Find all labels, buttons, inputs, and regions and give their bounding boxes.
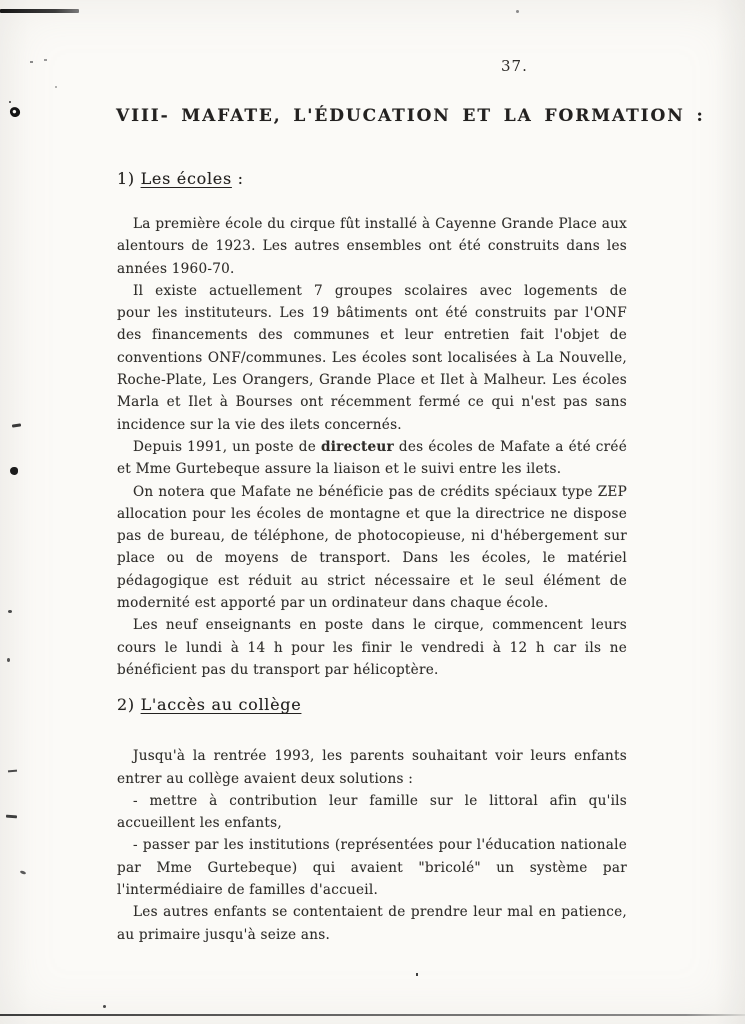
- text-segment: On notera que Mafate ne bénéficie pas de…: [117, 484, 627, 503]
- scan-margin-mark: [8, 770, 17, 773]
- scan-speck: [20, 870, 27, 875]
- text-line: Il existe actuellement 7 groupes scolair…: [117, 280, 627, 302]
- paragraph: La première école du cirque fût installé…: [117, 213, 627, 280]
- text-line: pour les instituteurs. Les 19 bâtiments …: [117, 302, 627, 324]
- text-line: alentours de 1923. Les autres ensembles …: [117, 235, 627, 257]
- text-segment: cours le lundi à 14 h pour les finir le …: [117, 640, 627, 656]
- text-line: incidence sur la vie des ilets concernés…: [117, 414, 627, 436]
- text-segment: La première école du cirque fût installé…: [133, 216, 627, 232]
- text-line: l'intermédiaire de familles d'accueil.: [117, 879, 627, 901]
- text-line: au primaire jusqu'à seize ans.: [117, 924, 627, 946]
- text-segment: pour les instituteurs. Les 19 bâtiments …: [117, 305, 627, 324]
- text-segment: Marla et Ilet à Bourses ont récemment fe…: [117, 394, 627, 410]
- paragraph: Les neuf enseignants en poste dans le ci…: [117, 614, 627, 681]
- text-line: années 1960-70.: [117, 258, 627, 280]
- scan-artifact-top-bar: [0, 9, 79, 13]
- scan-speck: [55, 86, 57, 88]
- text-segment: des écoles de Mafate a été créé: [394, 439, 627, 455]
- text-segment: pas de bureau, de téléphone, de photocop…: [117, 528, 627, 544]
- text-line: conventions ONF/communes. Les écoles son…: [117, 347, 627, 369]
- document-section: 1) Les écoles :La première école du cirq…: [117, 167, 627, 681]
- text-segment: incidence sur la vie des ilets concernés…: [117, 417, 402, 433]
- text-line: pédagogique est réduit au strict nécessa…: [117, 570, 627, 592]
- text-line: par Mme Gurtebeque) qui avaient "bricolé…: [117, 857, 627, 879]
- heading-title: L'accès au collège: [141, 695, 302, 714]
- text-segment: place ou de moyens de transport. Dans le…: [117, 550, 627, 566]
- text-line: entrer au collège avaient deux solutions…: [117, 768, 627, 790]
- text-segment: années 1960-70.: [117, 261, 235, 277]
- text-line: Jusqu'à la rentrée 1993, les parents sou…: [117, 745, 627, 767]
- paragraph: Les autres enfants se contentaient de pr…: [117, 901, 627, 946]
- text-segment: alentours de 1923. Les autres ensembles …: [117, 238, 627, 254]
- paragraph: Depuis 1991, un poste de directeur des é…: [117, 436, 627, 481]
- document-section: 2) L'accès au collègeJusqu'à la rentrée …: [117, 693, 627, 946]
- document-title: VIII- MAFATE, L'ÉDUCATION ET LA FORMATIO…: [116, 106, 705, 126]
- paragraph: On notera que Mafate ne bénéficie pas de…: [117, 481, 627, 615]
- heading-number: 1): [117, 169, 141, 188]
- text-segment: accueillent les enfants,: [117, 815, 282, 831]
- text-segment: Roche-Plate, Les Orangers, Grande Place …: [117, 372, 627, 391]
- document-body: 1) Les écoles :La première école du cirq…: [117, 167, 627, 946]
- text-line: Les autres enfants se contentaient de pr…: [117, 901, 627, 923]
- text-segment: des financements des communes et leur en…: [117, 327, 627, 343]
- text-segment: l'intermédiaire de familles d'accueil.: [117, 882, 378, 898]
- scanned-document-page: 37. VIII- MAFATE, L'ÉDUCATION ET LA FORM…: [0, 0, 745, 1024]
- scan-speck: [9, 101, 11, 103]
- scan-speck: [8, 610, 12, 613]
- page-number: 37.: [501, 57, 528, 75]
- text-segment: Jusqu'à la rentrée 1993, les parents sou…: [133, 748, 627, 764]
- scan-margin-mark: [6, 815, 17, 819]
- text-segment: conventions ONF/communes. Les écoles son…: [117, 350, 627, 366]
- text-segment: Il existe actuellement 7 groupes scolair…: [117, 283, 627, 302]
- heading-number: 2): [117, 695, 141, 714]
- text-line: et Mme Gurtebeque assure la liaison et l…: [117, 458, 627, 480]
- text-segment: par Mme Gurtebeque) qui avaient "bricolé…: [117, 860, 627, 876]
- text-segment: Depuis 1991, un poste de: [133, 439, 321, 455]
- text-line: cours le lundi à 14 h pour les finir le …: [117, 637, 627, 659]
- scan-speck: [44, 59, 47, 61]
- text-line: accueillent les enfants,: [117, 812, 627, 834]
- text-line: allocation pour les écoles de montagne e…: [117, 503, 627, 525]
- section-heading: 2) L'accès au collège: [117, 693, 627, 717]
- text-segment: - mettre à contribution leur famille sur…: [133, 793, 627, 809]
- section-heading: 1) Les écoles :: [117, 167, 627, 191]
- text-segment: et Mme Gurtebeque assure la liaison et l…: [117, 461, 561, 477]
- scan-speck: [7, 658, 10, 662]
- paragraph: Jusqu'à la rentrée 1993, les parents sou…: [117, 745, 627, 790]
- heading-suffix: :: [232, 169, 244, 188]
- paragraph: - passer par les institutions (représent…: [117, 834, 627, 901]
- text-line: La première école du cirque fût installé…: [117, 213, 627, 235]
- scan-speck: [516, 10, 519, 13]
- text-segment: allocation pour les écoles de montagne e…: [117, 506, 627, 522]
- scan-speck: [416, 973, 418, 976]
- text-line: Les neuf enseignants en poste dans le ci…: [117, 614, 627, 636]
- paragraph: Il existe actuellement 7 groupes scolair…: [117, 280, 627, 436]
- scan-ink-blob: [9, 106, 21, 118]
- heading-title: Les écoles: [141, 169, 232, 188]
- text-line: On notera que Mafate ne bénéficie pas de…: [117, 481, 627, 503]
- text-segment: Les autres enfants se contentaient de pr…: [133, 904, 627, 920]
- scan-margin-mark: [12, 423, 21, 427]
- text-line: des financements des communes et leur en…: [117, 324, 627, 346]
- text-segment: au primaire jusqu'à seize ans.: [117, 927, 330, 943]
- paragraph: - mettre à contribution leur famille sur…: [117, 790, 627, 835]
- text-segment: entrer au collège avaient deux solutions…: [117, 771, 413, 787]
- text-segment: Les neuf enseignants en poste dans le ci…: [133, 617, 627, 633]
- text-line: - passer par les institutions (représent…: [117, 834, 627, 856]
- text-line: - mettre à contribution leur famille sur…: [117, 790, 627, 812]
- text-line: Marla et Ilet à Bourses ont récemment fe…: [117, 391, 627, 413]
- text-line: place ou de moyens de transport. Dans le…: [117, 547, 627, 569]
- text-segment: - passer par les institutions (représent…: [133, 837, 627, 853]
- text-line: bénéficient pas du transport par hélicop…: [117, 659, 627, 681]
- bold-text: directeur: [321, 439, 394, 455]
- scan-ink-blob: [10, 467, 18, 475]
- scan-artifact-bottom-line: [0, 1014, 745, 1016]
- text-segment: modernité est apporté par un ordinateur …: [117, 595, 548, 611]
- scan-speck: [30, 61, 33, 63]
- text-line: Depuis 1991, un poste de directeur des é…: [117, 436, 627, 458]
- text-line: Roche-Plate, Les Orangers, Grande Place …: [117, 369, 627, 391]
- scan-speck: [103, 1005, 106, 1008]
- text-segment: bénéficient pas du transport par hélicop…: [117, 662, 439, 678]
- text-line: pas de bureau, de téléphone, de photocop…: [117, 525, 627, 547]
- text-segment: pédagogique est réduit au strict nécessa…: [117, 573, 627, 589]
- text-line: modernité est apporté par un ordinateur …: [117, 592, 627, 614]
